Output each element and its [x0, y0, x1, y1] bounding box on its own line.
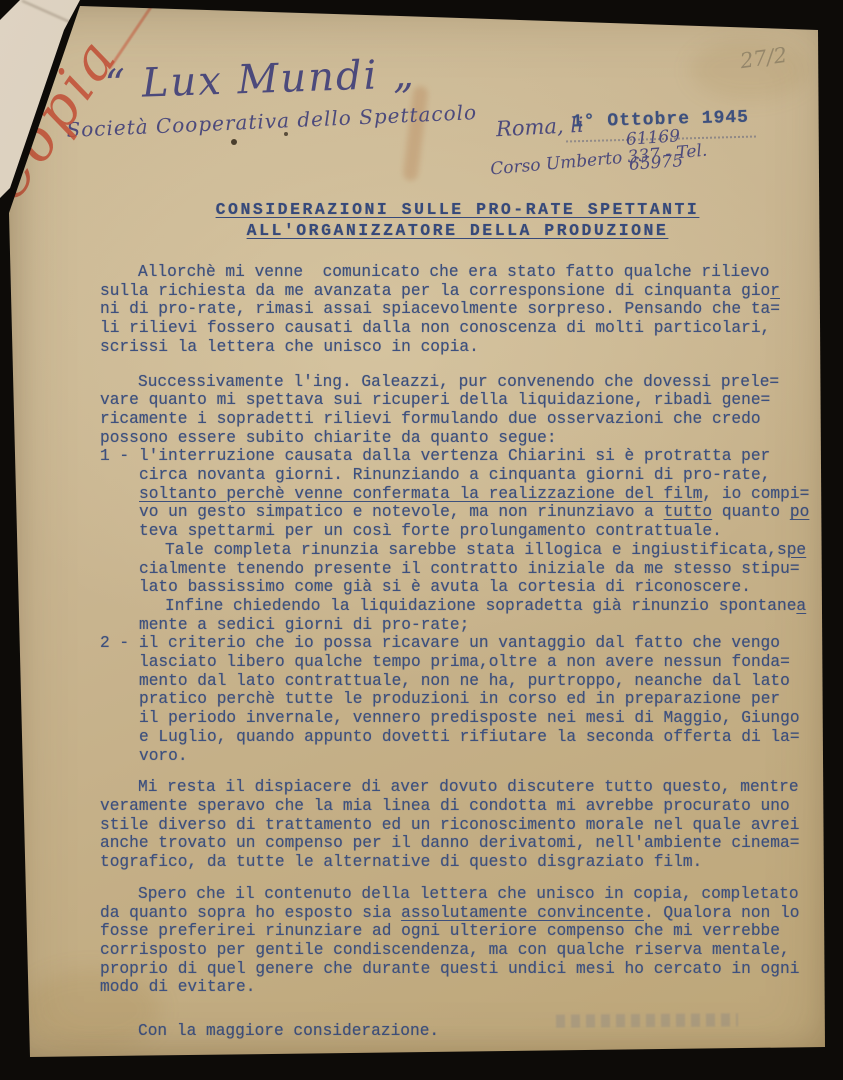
rust-stain — [402, 85, 428, 181]
document-body: Allorchè mi venne comunicato che era sta… — [100, 263, 815, 1041]
paragraph: Successivamente l'ing. Galeazzi, pur con… — [100, 373, 815, 448]
typed-text: corrisposto per gentile condiscendenza, … — [100, 941, 790, 959]
typed-text: 2 - il criterio che io possa ricavare un… — [100, 634, 780, 652]
ink-speck — [284, 132, 288, 136]
paragraph: Tale completa rinunzia sarebbe stata ill… — [100, 541, 815, 597]
paragraph: Allorchè mi venne comunicato che era sta… — [100, 263, 815, 357]
document-line: da quanto sopra ho esposto sia assolutam… — [100, 904, 815, 923]
typed-text: veramente speravo che la mia linea di co… — [100, 797, 790, 815]
underlined-text: r — [770, 282, 780, 300]
typed-text: sulla richiesta da me avanzata per la co… — [100, 282, 770, 300]
letter-page: “ Lux Mundi „ Società Cooperativa dello … — [0, 0, 843, 1080]
typed-text: da quanto sopra ho esposto sia — [100, 904, 401, 922]
document-line: circa novanta giorni. Rinunziando a cinq… — [100, 466, 815, 485]
document-title-line1: CONSIDERAZIONI SULLE PRO-RATE SPETTANTI — [100, 199, 815, 220]
typed-text: e Luglio, quando appunto dovetti rifiuta… — [139, 728, 800, 746]
document-line: soltanto perchè venne confermata la real… — [100, 485, 815, 504]
document-line: tografico, da tutte le alternative di qu… — [100, 853, 815, 872]
document-line: lato bassissimo come già si è avuta la c… — [100, 578, 815, 597]
typed-text: . Qualora non lo — [644, 904, 799, 922]
underlined-text: soltanto perchè venne confermata la real… — [139, 485, 702, 503]
document-title-line2: ALL'ORGANIZZATORE DELLA PRODUZIONE — [100, 220, 815, 241]
document-line: fosse preferirei rinunziare ad ogni ulte… — [100, 922, 815, 941]
typed-text: modo di evitare. — [100, 978, 255, 996]
typed-text: Tale completa rinunzia sarebbe stata ill… — [165, 541, 787, 559]
typed-text: proprio di quel genere che durante quest… — [100, 960, 799, 978]
document-line: Spero che il contenuto della lettera che… — [100, 885, 815, 904]
document-line: voro. — [100, 747, 815, 766]
typed-text: stile diverso di trattamento ed un ricon… — [100, 816, 799, 834]
paragraph: 1 - l'interruzione causata dalla vertenz… — [100, 447, 815, 541]
typed-text: tografico, da tutte le alternative di qu… — [100, 853, 702, 871]
document-line: teva spettarmi per un così forte prolung… — [100, 522, 815, 541]
document-line: pratico perchè tutte le produzioni in co… — [100, 690, 815, 709]
typed-text: scrissi la lettera che unisco in copia. — [100, 338, 479, 356]
typed-text: teva spettarmi per un così forte prolung… — [139, 522, 722, 540]
underlined-text: tutto — [664, 503, 713, 521]
ink-speck — [231, 139, 237, 145]
underlined-text: assolutamente convincente — [401, 904, 644, 922]
document-line: li rilievi fossero causati dalla non con… — [100, 319, 815, 338]
document-title: CONSIDERAZIONI SULLE PRO-RATE SPETTANTI … — [100, 199, 815, 241]
paragraph: Spero che il contenuto della lettera che… — [100, 885, 815, 997]
document-line: Tale completa rinunzia sarebbe stata ill… — [100, 541, 815, 560]
document-line: stile diverso di trattamento ed un ricon… — [100, 816, 815, 835]
document-line: modo di evitare. — [100, 978, 815, 997]
letterhead-company-name: “ Lux Mundi „ — [104, 51, 416, 108]
typed-text: mente a sedici giorni di pro-rate; — [139, 616, 469, 634]
document-line: lasciato libero qualche tempo prima,oltr… — [100, 653, 815, 672]
typed-text: vare quanto mi spettava sui ricuperi del… — [100, 391, 770, 409]
scanned-letter-photo: “ Lux Mundi „ Società Cooperativa dello … — [0, 0, 843, 1080]
document-line: vare quanto mi spettava sui ricuperi del… — [100, 391, 815, 410]
typed-text: ni di pro-rate, rimasi assai spiacevolme… — [100, 300, 780, 318]
typed-text: quanto — [712, 503, 790, 521]
typed-text: il periodo invernale, vennero predispost… — [139, 709, 800, 727]
typed-text: , io compi= — [702, 485, 809, 503]
document-line: mente a sedici giorni di pro-rate; — [100, 616, 815, 635]
typed-text: ricamente i sopradetti rilievi formuland… — [100, 410, 761, 428]
document-line: sulla richiesta da me avanzata per la co… — [100, 282, 815, 301]
typed-text: 1 - l'interruzione causata dalla vertenz… — [100, 447, 770, 465]
paragraph: 2 - il criterio che io possa ricavare un… — [100, 634, 815, 765]
typed-text: pratico perchè tutte le produzioni in co… — [139, 690, 780, 708]
document-line: veramente speravo che la mia linea di co… — [100, 797, 815, 816]
document-line: anche trovato un compenso per il danno d… — [100, 834, 815, 853]
document-line: possono essere subito chiarite da quanto… — [100, 429, 815, 448]
underlined-text: pe — [787, 541, 806, 559]
document-line: il periodo invernale, vennero predispost… — [100, 709, 815, 728]
typed-text: cialmente tenendo presente il contratto … — [139, 560, 800, 578]
typed-text: Spero che il contenuto della lettera che… — [138, 885, 799, 903]
document-line: e Luglio, quando appunto dovetti rifiuta… — [100, 728, 815, 747]
pencil-page-number: 27/2 — [739, 43, 789, 73]
document-line: 1 - l'interruzione causata dalla vertenz… — [100, 447, 815, 466]
document-line: corrisposto per gentile condiscendenza, … — [100, 941, 815, 960]
typed-text: Con la maggiore considerazione. — [138, 1022, 439, 1040]
typed-text: lasciato libero qualche tempo prima,oltr… — [139, 653, 790, 671]
typed-text: possono essere subito chiarite da quanto… — [100, 429, 557, 447]
ghost-typed-impression — [556, 1013, 738, 1027]
typed-text: Allorchè mi venne comunicato che era sta… — [138, 263, 769, 281]
document-line: scrissi la lettera che unisco in copia. — [100, 338, 815, 357]
typed-text: circa novanta giorni. Rinunziando a cinq… — [139, 466, 770, 484]
document-line: Infine chiedendo la liquidazione soprade… — [100, 597, 815, 616]
document-line: 2 - il criterio che io possa ricavare un… — [100, 634, 815, 653]
letterhead-phone-number: 65975 — [628, 151, 683, 175]
document-line: Mi resta il dispiacere di aver dovuto di… — [100, 778, 815, 797]
document-line: Successivamente l'ing. Galeazzi, pur con… — [100, 373, 815, 392]
document-line: Allorchè mi venne comunicato che era sta… — [100, 263, 815, 282]
typed-text: anche trovato un compenso per il danno d… — [100, 834, 799, 852]
document-line: ricamente i sopradetti rilievi formuland… — [100, 410, 815, 429]
typed-text: voro. — [139, 747, 188, 765]
typed-text: fosse preferirei rinunziare ad ogni ulte… — [100, 922, 780, 940]
document-line: mento dal lato contrattuale, non ne ha, … — [100, 672, 815, 691]
typed-text: vo un gesto simpatico e notevole, ma non… — [139, 503, 664, 521]
document-line: vo un gesto simpatico e notevole, ma non… — [100, 503, 815, 522]
document-line: proprio di quel genere che durante quest… — [100, 960, 815, 979]
typed-text: lato bassissimo come già si è avuta la c… — [139, 578, 751, 596]
paragraph: Infine chiedendo la liquidazione soprade… — [100, 597, 815, 634]
typed-text: Mi resta il dispiacere di aver dovuto di… — [138, 778, 799, 796]
typed-text: mento dal lato contrattuale, non ne ha, … — [139, 672, 790, 690]
underlined-text: a — [796, 597, 806, 615]
letterhead-phone-number: 61169 — [625, 126, 680, 150]
underlined-text: po — [790, 503, 809, 521]
typed-text: li rilievi fossero causati dalla non con… — [100, 319, 770, 337]
document-line: ni di pro-rate, rimasi assai spiacevolme… — [100, 300, 815, 319]
document-line: cialmente tenendo presente il contratto … — [100, 560, 815, 579]
typed-text: Successivamente l'ing. Galeazzi, pur con… — [138, 373, 779, 391]
typed-text: Infine chiedendo la liquidazione soprade… — [165, 597, 796, 615]
paragraph: Mi resta il dispiacere di aver dovuto di… — [100, 778, 815, 872]
